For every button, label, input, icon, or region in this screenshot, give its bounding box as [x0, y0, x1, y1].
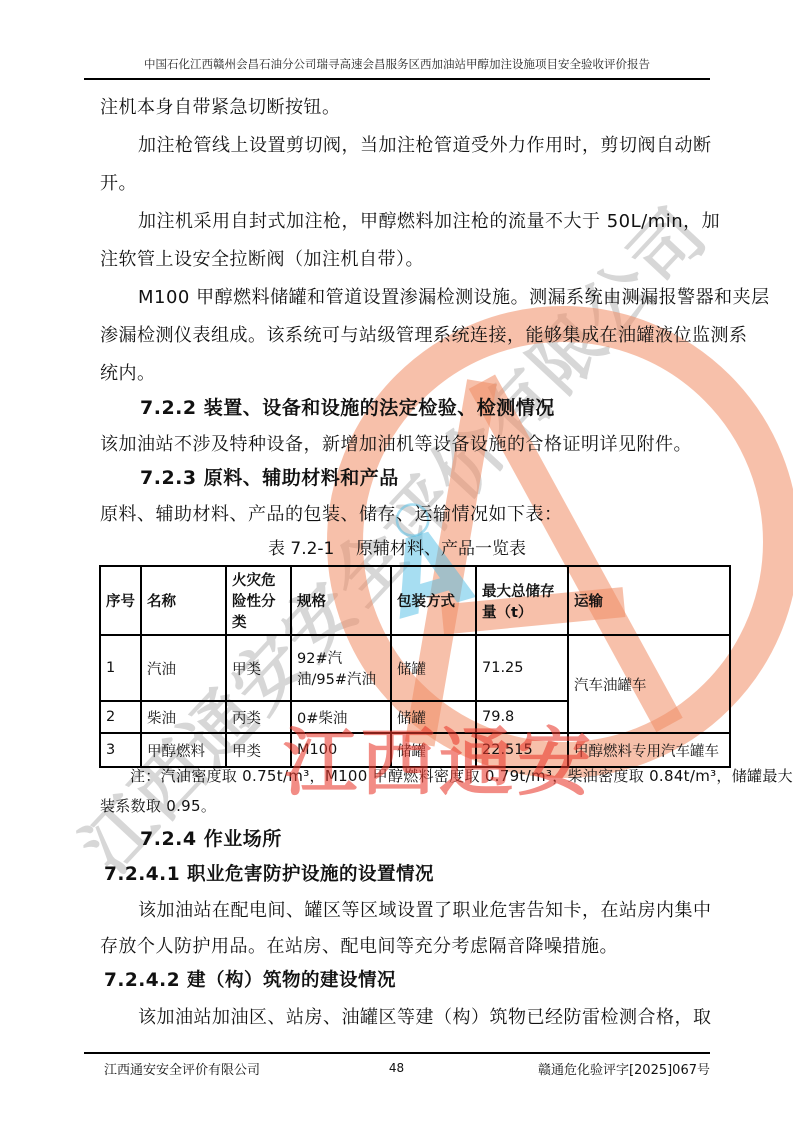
red-stamp-watermark: 江西通安 — [283, 704, 595, 810]
page-header-title: 中国石化江西赣州会昌石油分公司瑞寻高速会昌服务区西加油站甲醇加注设施项目安全验收… — [84, 56, 710, 72]
cell-no: 2 — [100, 701, 141, 733]
section-heading-7-2-4: 7.2.4 作业场所 — [140, 824, 282, 851]
report-page: 江西通安安全评价有限公司 ○ A 中国石化江西赣州会昌石油分公司瑞寻高速会昌服务… — [0, 0, 793, 1122]
table-caption: 表 7.2-1 原辅材料、产品一览表 — [84, 534, 710, 559]
body-line: 注软管上设安全拉断阀（加注机自带）。 — [100, 245, 424, 271]
body-line: 开。 — [100, 169, 137, 195]
header-rule — [84, 78, 710, 80]
body-line: 加注机采用自封式加注枪，甲醇燃料加注枪的流量不大于 50L/min，加 — [138, 207, 720, 233]
cell-max-storage: 71.25 — [476, 635, 568, 701]
col-header-no: 序号 — [100, 566, 141, 635]
content: 中国石化江西赣州会昌石油分公司瑞寻高速会昌服务区西加油站甲醇加注设施项目安全验收… — [0, 0, 793, 1122]
cell-no: 1 — [100, 635, 141, 701]
body-line: 该加油站加油区、站房、油罐区等建（构）筑物已经防雷检测合格，取 — [138, 1003, 712, 1029]
cell-name: 柴油 — [141, 701, 226, 733]
body-line: 原料、辅助材料、产品的包装、储存、运输情况如下表： — [100, 500, 563, 526]
cell-fire-class: 丙类 — [226, 701, 291, 733]
cell-fire-class: 甲类 — [226, 733, 291, 767]
body-line: 该加油站在配电间、罐区等区域设置了职业危害告知卡，在站房内集中 — [138, 896, 712, 922]
section-heading-7-2-2: 7.2.2 装置、设备和设施的法定检验、检测情况 — [140, 393, 555, 420]
col-header-spec: 规格 — [291, 566, 391, 635]
cell-fire-class: 甲类 — [226, 635, 291, 701]
body-line: 注机本身自带紧急切断按钮。 — [100, 93, 341, 119]
body-line: 存放个人防护用品。在站房、配电间等充分考虑隔音降噪措施。 — [100, 932, 618, 958]
table-note-line: 装系数取 0.95。 — [100, 795, 216, 816]
table-header-row: 序号 名称 火灾危险性分类 规格 包装方式 最大总储存量（t） 运输 — [100, 566, 730, 635]
col-header-max-storage: 最大总储存量（t） — [476, 566, 568, 635]
table-row: 1 汽油 甲类 92#汽油/95#汽油 储罐 71.25 汽车油罐车 — [100, 635, 730, 701]
section-heading-7-2-4-2: 7.2.4.2 建（构）筑物的建设情况 — [104, 966, 396, 992]
section-heading-7-2-3: 7.2.3 原料、辅助材料和产品 — [140, 463, 399, 490]
cell-package: 储罐 — [391, 635, 476, 701]
body-line: M100 甲醇燃料储罐和管道设置渗漏检测设施。测漏系统由测漏报警器和夹层 — [138, 283, 770, 309]
footer-doc-number: 赣通危化验评字[2025]067号 — [440, 1059, 710, 1078]
cell-spec: 92#汽油/95#汽油 — [291, 635, 391, 701]
body-line: 渗漏检测仪表组成。该系统可与站级管理系统连接，能够集成在油罐液位监测系 — [100, 321, 748, 347]
col-header-package: 包装方式 — [391, 566, 476, 635]
section-heading-7-2-4-1: 7.2.4.1 职业危害防护设施的设置情况 — [104, 860, 434, 886]
cell-no: 3 — [100, 733, 141, 767]
col-header-name: 名称 — [141, 566, 226, 635]
cell-name: 甲醇燃料 — [141, 733, 226, 767]
body-line: 该加油站不涉及特种设备，新增加油机等设备设施的合格证明详见附件。 — [100, 430, 692, 456]
body-line: 统内。 — [100, 359, 156, 385]
body-line: 加注枪管线上设置剪切阀，当加注枪管道受外力作用时，剪切阀自动断 — [138, 131, 712, 157]
footer-rule — [84, 1052, 710, 1054]
col-header-transport: 运输 — [568, 566, 730, 635]
col-header-fire-class: 火灾危险性分类 — [226, 566, 291, 635]
cell-name: 汽油 — [141, 635, 226, 701]
